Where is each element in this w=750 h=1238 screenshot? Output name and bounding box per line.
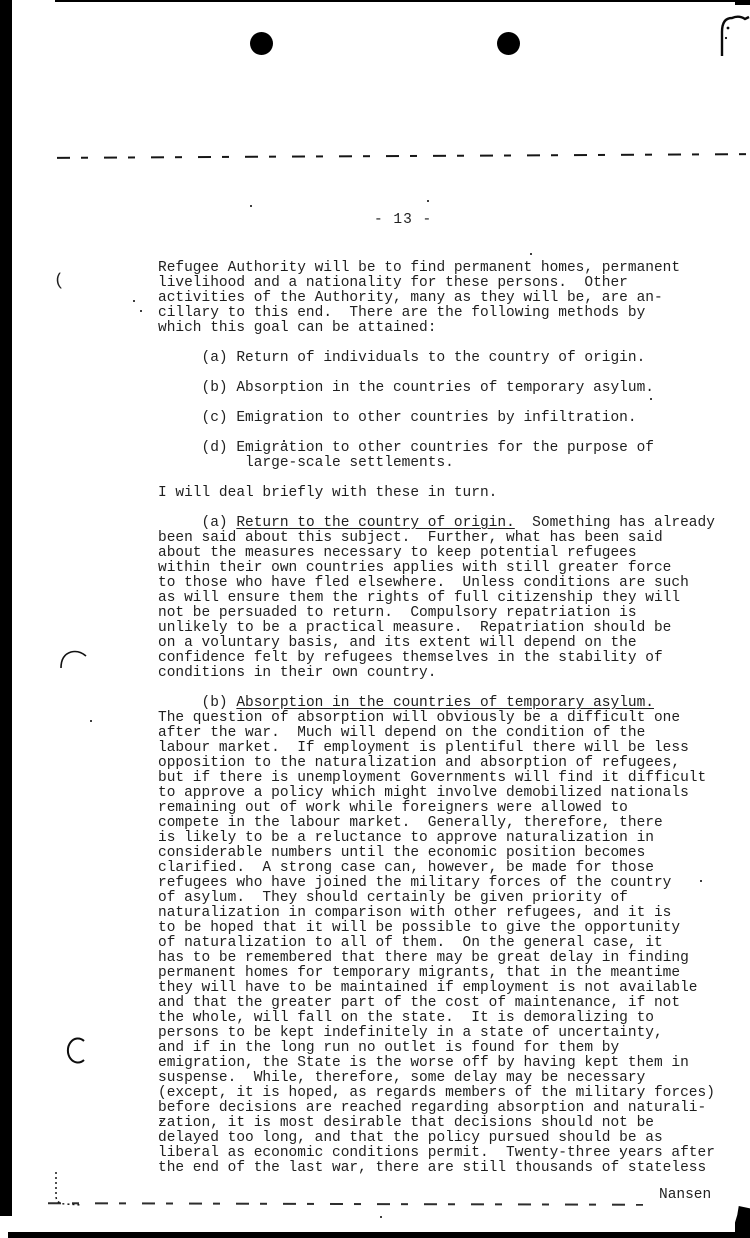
text-line: [158, 366, 715, 381]
text-line: after the war. Much will depend on the c…: [158, 726, 715, 741]
text-line: opposition to the naturalization and abs…: [158, 756, 715, 771]
scan-edge-bottom-bar: [8, 1232, 750, 1238]
text-line: labour market. If employment is plentifu…: [158, 741, 715, 756]
text-line: compete in the labour market. Generally,…: [158, 816, 715, 831]
text-line: [158, 426, 715, 441]
text-line: liberal as economic conditions permit. T…: [158, 1146, 715, 1161]
typewritten-text: Refugee Authority will be to find perman…: [158, 261, 715, 1176]
text-line: [158, 501, 715, 516]
text-line: is likely to be a reluctance to approve …: [158, 831, 715, 846]
text-line: but if there is unemployment Governments…: [158, 771, 715, 786]
text-line: (except, it is hoped, as regards members…: [158, 1086, 715, 1101]
margin-arc-mark: [58, 649, 90, 669]
text-line: confidence felt by refugees themselves i…: [158, 651, 715, 666]
underlined-heading: Return to the country of origin.: [236, 515, 514, 531]
scan-fold-line-bottom: [48, 1202, 658, 1206]
text-line: I will deal briefly with these in turn.: [158, 486, 715, 501]
text-line: and that the greater part of the cost of…: [158, 996, 715, 1011]
text-line: to those who have fled elsewhere. Unless…: [158, 576, 715, 591]
scan-speck: [250, 205, 252, 207]
scan-speck: [133, 300, 135, 302]
scan-edge-left-bar: [0, 0, 12, 1216]
scan-edge-top-line: [55, 0, 750, 2]
text-line: refugees who have joined the military fo…: [158, 876, 715, 891]
text-line: of naturalization to all of them. On the…: [158, 936, 715, 951]
text-line: and if in the long run no outlet is foun…: [158, 1041, 715, 1056]
text-line: has to be remembered that there may be g…: [158, 951, 715, 966]
text-line: suspense. While, therefore, some delay m…: [158, 1071, 715, 1086]
text-line: (c) Emigration to other countries by inf…: [158, 411, 715, 426]
text-line: delayed too long, and that the policy pu…: [158, 1131, 715, 1146]
margin-paren-mark: (: [53, 272, 65, 292]
text-line: emigration, the State is the worse off b…: [158, 1056, 715, 1071]
text-line: remaining out of work while foreigners w…: [158, 801, 715, 816]
text-line: considerable numbers until the economic …: [158, 846, 715, 861]
text-line: (b) Absorption in the countries of tempo…: [158, 696, 715, 711]
text-line: which this goal can be attained:: [158, 321, 715, 336]
underlined-heading: Absorption in the countries of temporary…: [236, 695, 654, 711]
text-line: The question of absorption will obviousl…: [158, 711, 715, 726]
catchword-nansen: Nansen: [659, 1187, 711, 1203]
text-line: to approve a policy which might involve …: [158, 786, 715, 801]
scan-fold-line-top: [57, 153, 750, 159]
text-line: of asylum. They should certainly be give…: [158, 891, 715, 906]
scan-speck: [140, 310, 142, 312]
text-line: Refugee Authority will be to find perman…: [158, 261, 715, 276]
scan-speck: [530, 253, 532, 255]
text-line: the whole, will fall on the state. It is…: [158, 1011, 715, 1026]
text-line: livelihood and a nationality for these p…: [158, 276, 715, 291]
text-line: about the measures necessary to keep pot…: [158, 546, 715, 561]
text-line: [158, 471, 715, 486]
text-line: as will ensure them the rights of full c…: [158, 591, 715, 606]
text-line: [158, 681, 715, 696]
text-line: activities of the Authority, many as the…: [158, 291, 715, 306]
text-line: unlikely to be a practical measure. Repa…: [158, 621, 715, 636]
text-line: (a) Return of individuals to the country…: [158, 351, 715, 366]
scan-edge-top-right: [735, 0, 750, 5]
text-line: large-scale settlements.: [158, 456, 715, 471]
text-line: clarified. A strong case can, however, b…: [158, 861, 715, 876]
text-line: they will have to be maintained if emplo…: [158, 981, 715, 996]
text-line: (b) Absorption in the countries of tempo…: [158, 381, 715, 396]
scan-hook-mark-top-right: [714, 10, 750, 58]
text-line: (a) Return to the country of origin. Som…: [158, 516, 715, 531]
margin-l-mark: [48, 1170, 94, 1210]
scan-blotch-bottom-right: [735, 1206, 750, 1236]
scan-speck: [90, 720, 92, 722]
hole-punch-dot-right: [497, 32, 520, 55]
scanned-document-page: ( - 13 - Refugee Authority will be to fi…: [0, 0, 750, 1238]
text-line: before decisions are reached regarding a…: [158, 1101, 715, 1116]
margin-c-mark: [62, 1034, 88, 1066]
text-line: zation, it is most desirable that decisi…: [158, 1116, 715, 1131]
text-line: [158, 396, 715, 411]
text-line: cillary to this end. There are the follo…: [158, 306, 715, 321]
text-line: [158, 336, 715, 351]
text-line: permanent homes for temporary migrants, …: [158, 966, 715, 981]
scan-speck: [427, 200, 429, 202]
text-line: the end of the last war, there are still…: [158, 1161, 715, 1176]
hole-punch-dot-left: [250, 32, 273, 55]
text-line: been said about this subject. Further, w…: [158, 531, 715, 546]
scan-speck: [380, 1216, 382, 1218]
text-line: (d) Emigration to other countries for th…: [158, 441, 715, 456]
text-line: on a voluntary basis, and its extent wil…: [158, 636, 715, 651]
text-line: persons to be kept indefinitely in a sta…: [158, 1026, 715, 1041]
text-line: naturalization in comparison with other …: [158, 906, 715, 921]
text-line: not be persuaded to return. Compulsory r…: [158, 606, 715, 621]
text-line: to be hoped that it will be possible to …: [158, 921, 715, 936]
text-line: conditions in their own country.: [158, 666, 715, 681]
page-number: - 13 -: [374, 212, 432, 228]
text-line: within their own countries applies with …: [158, 561, 715, 576]
